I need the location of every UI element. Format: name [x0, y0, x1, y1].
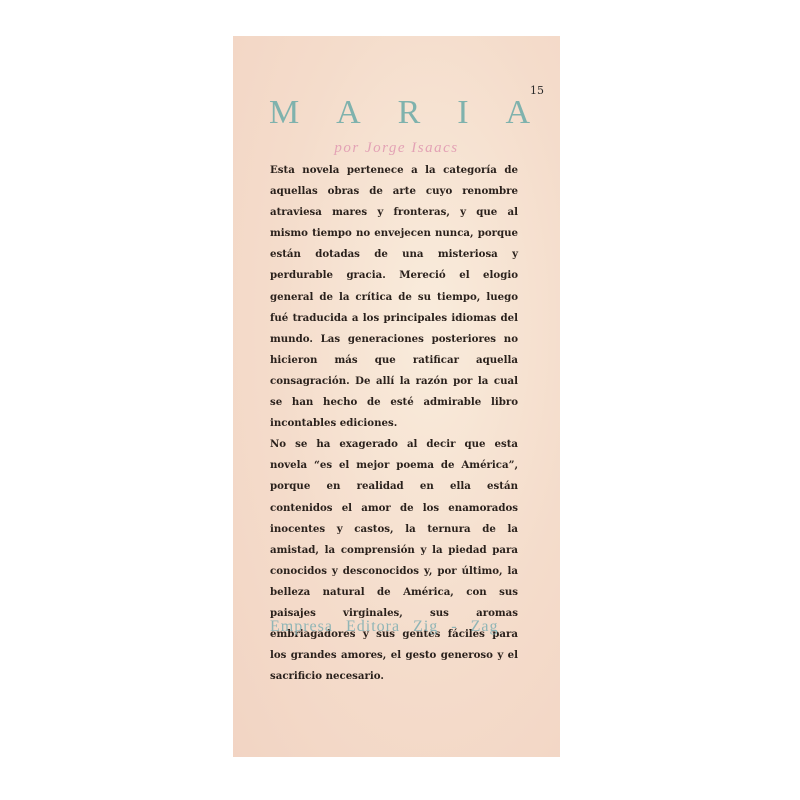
book-title: M A R I A — [233, 94, 560, 132]
publisher-name: Empresa Editora Zig - Zag — [270, 618, 499, 636]
title-letter: A — [336, 94, 361, 132]
book-back-cover: 15 M A R I A por Jorge Isaacs Esta novel… — [233, 36, 560, 757]
title-letter: R — [398, 94, 421, 132]
title-letter: M — [269, 94, 299, 132]
title-letter: A — [505, 94, 530, 132]
synopsis-paragraph: No se ha exagerado al decir que esta nov… — [270, 434, 518, 687]
title-letter: I — [457, 94, 468, 132]
synopsis-paragraph: Esta novela pertenece a la categoría de … — [270, 160, 518, 434]
synopsis: Esta novela pertenece a la categoría de … — [270, 160, 518, 687]
author-line: por Jorge Isaacs — [233, 140, 560, 157]
